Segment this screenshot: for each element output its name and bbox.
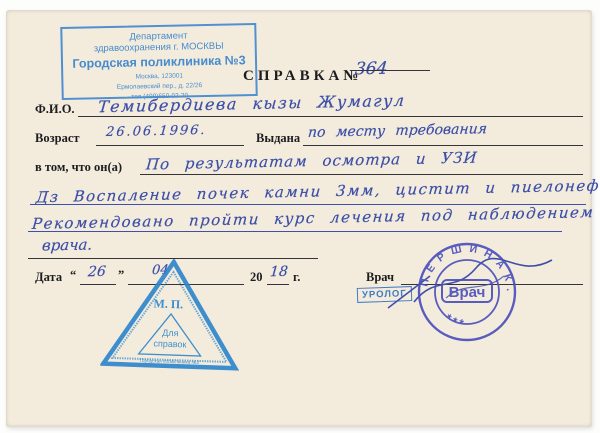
certificate-number: 364 — [354, 59, 388, 80]
svg-text:* * *: * * * — [442, 311, 465, 331]
clinic-header-stamp: Департамент здравоохранения г. МОСКВЫ Го… — [60, 23, 257, 100]
body-line3: Рекомендовано пройти курс лечения под на… — [31, 203, 595, 233]
stamp-addr-street: Ермолаевский пер., д. 22/26 — [63, 81, 255, 92]
date-century: 20 — [250, 270, 263, 285]
date-open-quote: “ — [70, 268, 76, 283]
round-seal-center-text: Врач — [449, 284, 486, 301]
age-value: 26.06.1996. — [105, 123, 207, 140]
date-year: 18 — [269, 264, 288, 280]
certificate-paper: Департамент здравоохранения г. МОСКВЫ Го… — [6, 10, 592, 427]
date-year-line — [267, 284, 289, 285]
round-seal: П Е Р Ш И Н А К . А . * * * Врач — [415, 240, 519, 344]
round-seal-stars: * * * — [442, 311, 465, 331]
scanned-certificate: Департамент здравоохранения г. МОСКВЫ Го… — [0, 0, 600, 433]
issued-label: Выдана — [256, 131, 300, 146]
date-year-suffix: г. — [293, 270, 300, 285]
body-line3-rule — [28, 231, 562, 232]
issued-value: по месту требования — [307, 121, 487, 141]
fio-line — [78, 116, 583, 117]
triangle-line1: Для — [162, 328, 179, 339]
age-label: Возраст — [35, 131, 80, 146]
certificate-title: СПРАВКА№ — [243, 68, 362, 85]
triangle-seal: М. П. Для справок Городская поликлиника … — [100, 257, 244, 374]
number-line — [350, 70, 430, 71]
fio-label: Ф.И.О. — [35, 102, 75, 117]
issued-line — [303, 145, 583, 146]
stamp-addr-city: Москва, 123001 — [63, 71, 255, 82]
body-label: в том, что он(а) — [35, 160, 122, 175]
body-line1: По результатам осмотра и УЗИ — [145, 149, 478, 174]
body-line2: Дз Воспаление почек камни 3мм, цистит и … — [35, 176, 600, 207]
stamp-clinic-name: Городская поликлиника №3 — [63, 53, 255, 72]
date-label: Дата — [35, 270, 62, 285]
triangle-mp-text: М. П. — [153, 296, 183, 311]
body-line4: врача. — [41, 235, 93, 254]
age-line — [96, 145, 244, 146]
triangle-line2: справок — [153, 338, 186, 349]
body-line1-rule — [140, 174, 583, 175]
